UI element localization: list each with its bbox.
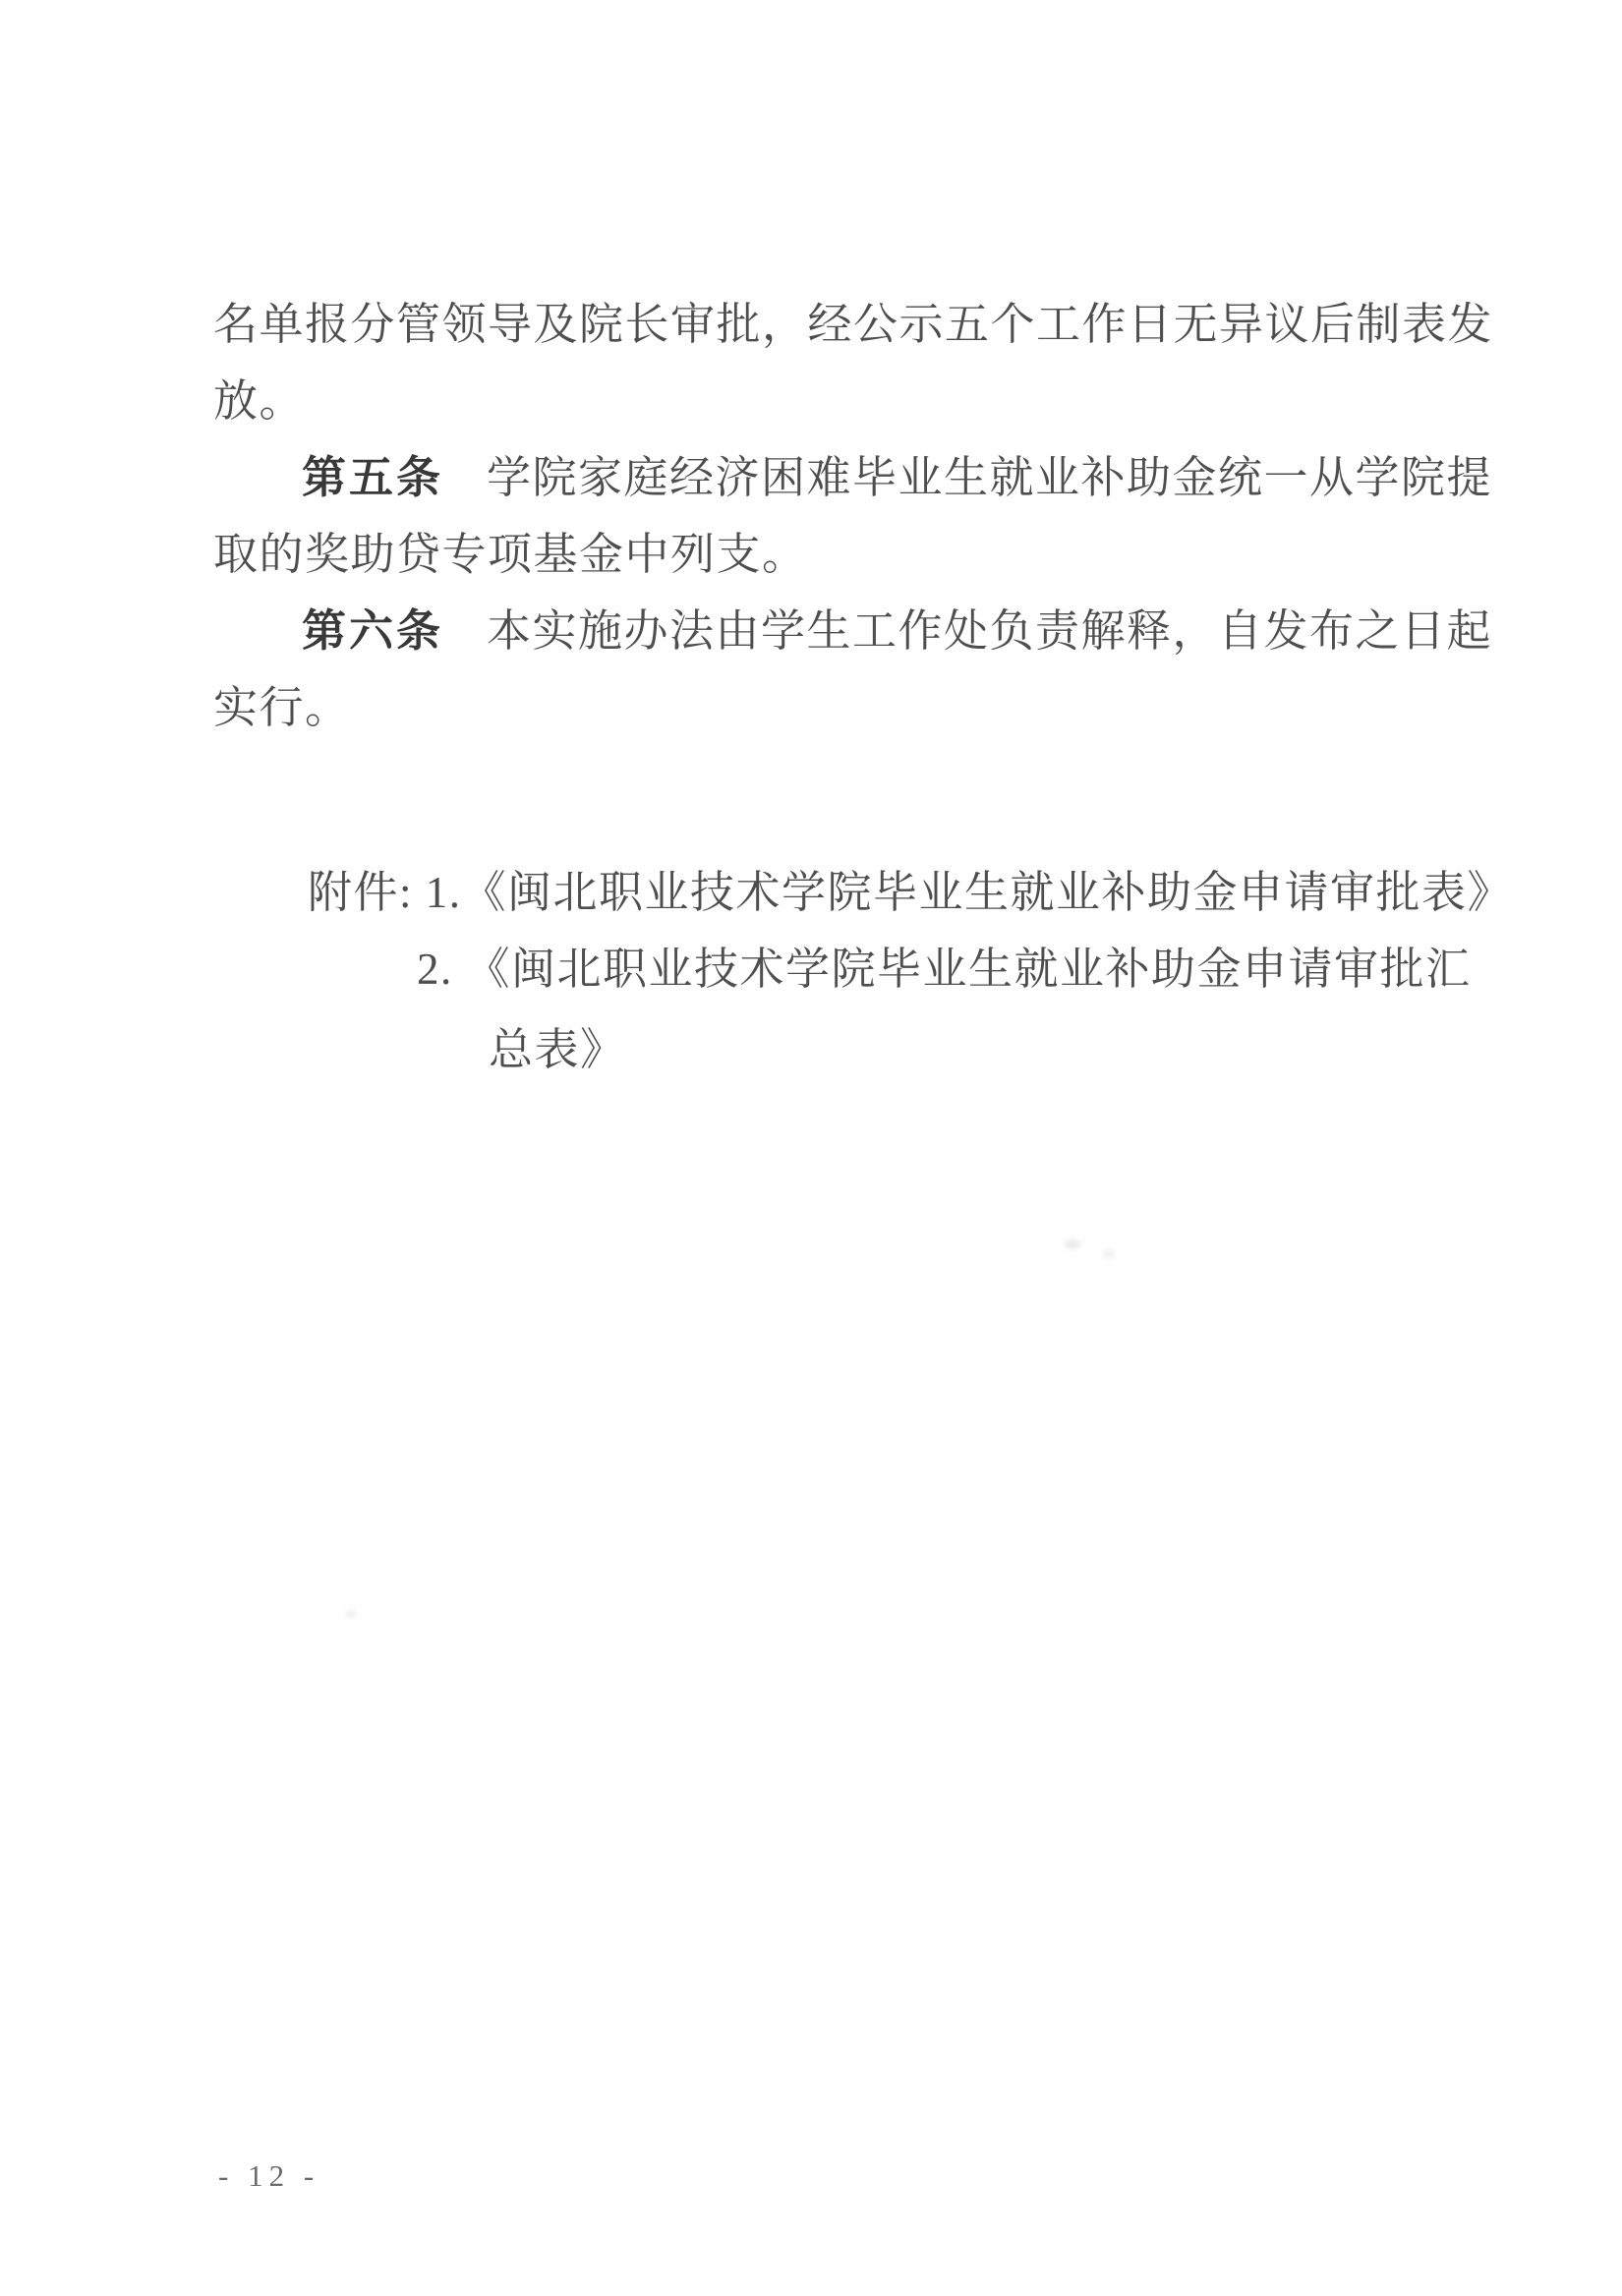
paragraph-article-6: 第六条本实施办法由学生工作处负责解释，自发布之日起 [302,609,1492,654]
paragraph-text: 学院家庭经济困难毕业生就业补助金统一从学院提 [487,453,1492,502]
paragraph-line: 放。 [213,379,305,424]
attachment-line-3: 总表》 [489,1028,626,1072]
article-number: 第六条 [302,606,443,656]
article-number: 第五条 [302,453,443,502]
attachment-text: 2. 《闽北职业技术学院毕业生就业补助金申请审批汇 [417,945,1472,994]
paragraph-line: 取的奖助贷专项基金中列支。 [213,533,808,577]
scan-speck [1103,1250,1115,1259]
attachment-line-1: 附件: 1.《闽北职业技术学院毕业生就业补助金申请审批表》 [308,871,1513,915]
attachment-text: 附件: 1.《闽北职业技术学院毕业生就业补助金申请审批表》 [308,868,1513,917]
paragraph-text: 名单报分管领导及院长审批，经公示五个工作日无异议后制表发 [213,300,1493,349]
page-number: - 12 - [218,2158,319,2194]
paragraph-text: 本实施办法由学生工作处负责解释，自发布之日起 [487,606,1492,656]
paragraph-text: 放。 [213,376,305,426]
paragraph-text: 取的奖助贷专项基金中列支。 [213,530,808,579]
attachment-text: 总表》 [489,1025,626,1074]
document-page: 名单报分管领导及院长审批，经公示五个工作日无异议后制表发 放。 第五条学院家庭经… [0,0,1622,2296]
scan-speck [346,1610,356,1618]
attachment-line-2: 2. 《闽北职业技术学院毕业生就业补助金申请审批汇 [417,947,1472,992]
paragraph-line: 实行。 [213,686,351,730]
scan-speck [1065,1239,1080,1249]
paragraph-article-5: 第五条学院家庭经济困难毕业生就业补助金统一从学院提 [302,456,1492,500]
paragraph-text: 实行。 [213,683,351,732]
paragraph-line: 名单报分管领导及院长审批，经公示五个工作日无异议后制表发 [213,303,1493,347]
